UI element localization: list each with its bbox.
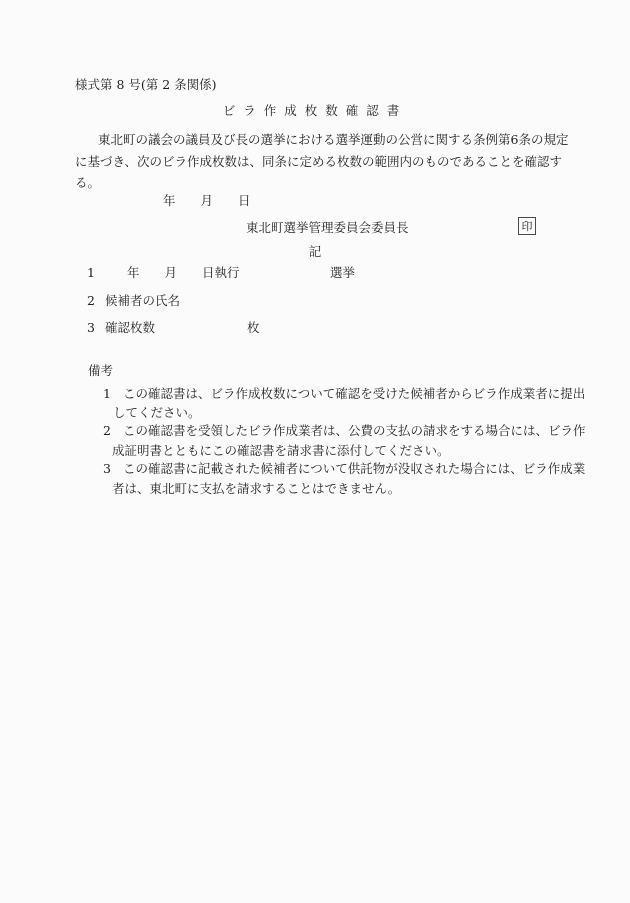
body-line-2: に基づき、次のビラ作成枚数は、同条に定める枚数の範囲内のものであることを確認す: [75, 155, 562, 169]
document-page: 様式第 8 号(第 2 条関係) ビラ作成枚数確認書 東北町の議会の議員及び長の…: [0, 0, 630, 903]
remark-3-line-2: 者は、東北町に支払を請求することはできません。: [112, 482, 400, 496]
seal-character: 印: [522, 221, 533, 232]
form-number: 様式第 8 号(第 2 条関係): [75, 78, 217, 92]
item-1-number: 1: [87, 266, 95, 280]
section-marker: 記: [0, 245, 630, 259]
body-line-1: 東北町の議会の議員及び長の選挙における選挙運動の公営に関する条例第6条の規定: [98, 133, 568, 147]
remark-2-line-2: 成証明書とともにこの確認書を請求書に添付してください。: [112, 444, 450, 458]
remark-1-line-1: この確認書は、ビラ作成枚数について確認を受けた候補者からビラ作成業者に提出: [123, 387, 585, 401]
remark-2-line-1: この確認書を受領したビラ作成業者は、公費の支払の請求をする場合には、ビラ作: [123, 424, 586, 438]
remark-3-line-1: この確認書に記載された候補者について供託物が没収された場合には、ビラ作成業: [123, 462, 585, 476]
remark-3-number: 3: [103, 462, 111, 476]
remark-2-number: 2: [103, 424, 111, 438]
remark-1-line-2: してください。: [113, 406, 201, 420]
item-2-label: 候補者の氏名: [105, 294, 180, 308]
item-1-election-label: 選挙: [330, 266, 355, 280]
signer-title: 東北町選挙管理委員会委員長: [246, 221, 409, 235]
body-line-3: る。: [75, 176, 100, 190]
seal-box: 印: [518, 217, 536, 235]
item-2-number: 2: [87, 294, 95, 308]
item-3-number: 3: [87, 321, 95, 335]
document-title: ビラ作成枚数確認書: [0, 104, 630, 118]
remark-1-number: 1: [103, 387, 111, 401]
item-3-label: 確認枚数: [105, 321, 155, 335]
remarks-heading: 備考: [88, 364, 113, 378]
item-1-execution-date: 年 月 日執行: [127, 266, 240, 280]
date-line: 年 月 日: [163, 194, 251, 208]
item-3-unit: 枚: [247, 321, 260, 335]
